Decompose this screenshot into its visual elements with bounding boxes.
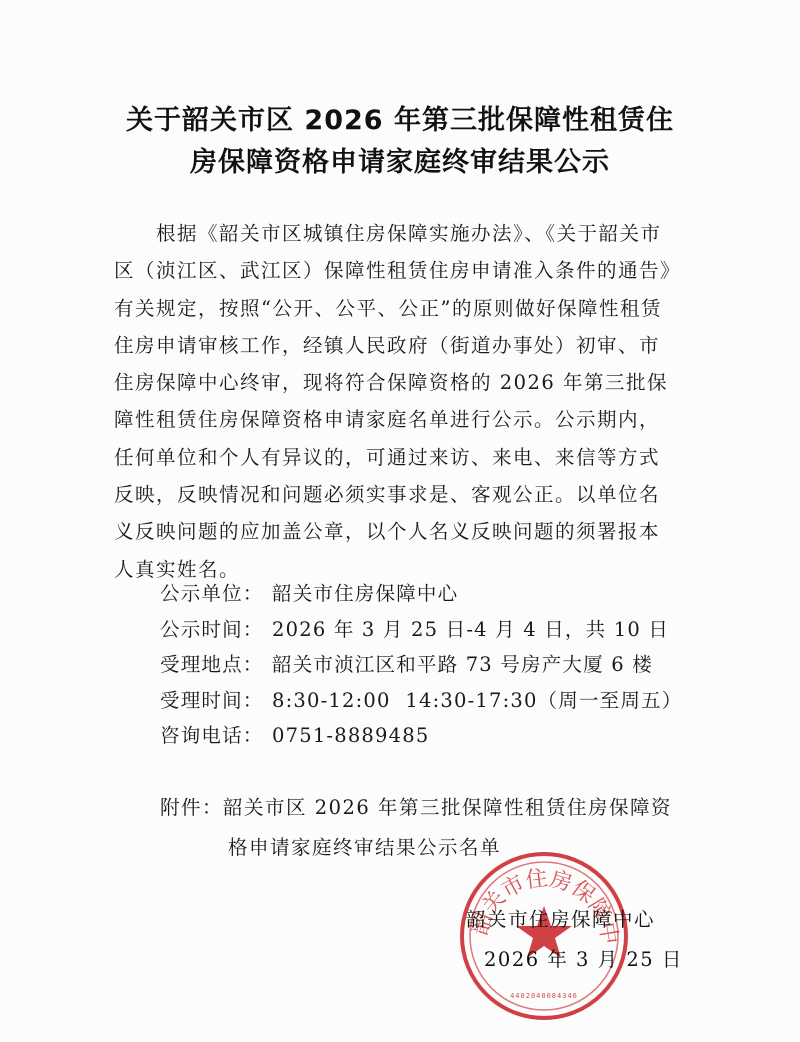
info-label: 公示单位：	[160, 576, 272, 612]
title-line-1: 关于韶关市区 2026 年第三批保障性租赁住	[100, 100, 700, 142]
notice-body: 根据《韶关市区城镇住房保障实施办法》、《关于韶关市 区（浈江区、武江区）保障性租…	[114, 215, 702, 588]
info-label: 受理地点：	[160, 647, 272, 683]
signature-block: 韶关市住房保障中心 2026 年 3 月 25 日	[466, 900, 683, 980]
info-label: 受理时间：	[160, 683, 272, 719]
info-row-publisher: 公示单位：韶关市住房保障中心	[160, 576, 682, 612]
info-value: 0751-8889485	[272, 724, 429, 747]
info-value: 韶关市浈江区和平路 73 号房产大厦 6 楼	[272, 653, 653, 676]
signature-organization: 韶关市住房保障中心	[466, 900, 683, 940]
notice-info-list: 公示单位：韶关市住房保障中心 公示时间：2026 年 3 月 25 日-4 月 …	[160, 576, 682, 754]
signature-date: 2026 年 3 月 25 日	[466, 940, 683, 980]
body-line: 住房申请审核工作，经镇人民政府（街道办事处）初审、市	[114, 327, 702, 364]
info-value: 韶关市住房保障中心	[272, 582, 458, 605]
info-row-hours: 受理时间：8:30-12:00 14:30-17:30（周一至周五）	[160, 683, 682, 719]
document-title: 关于韶关市区 2026 年第三批保障性租赁住 房保障资格申请家庭终审结果公示	[100, 100, 700, 184]
info-value: 2026 年 3 月 25 日-4 月 4 日，共 10 日	[272, 618, 669, 641]
info-row-period: 公示时间：2026 年 3 月 25 日-4 月 4 日，共 10 日	[160, 612, 682, 648]
info-row-location: 受理地点：韶关市浈江区和平路 73 号房产大厦 6 楼	[160, 647, 682, 683]
body-line: 根据《韶关市区城镇住房保障实施办法》、《关于韶关市	[114, 215, 702, 252]
attachment-label: 附件：	[160, 796, 223, 819]
svg-text:4402040084346: 4402040084346	[510, 992, 578, 1000]
info-label: 公示时间：	[160, 612, 272, 648]
body-line: 区（浈江区、武江区）保障性租赁住房申请准入条件的通告》	[114, 252, 702, 289]
body-line: 任何单位和个人有异议的，可通过来访、来电、来信等方式	[114, 439, 702, 476]
info-label: 咨询电话：	[160, 718, 272, 754]
info-value: 8:30-12:00 14:30-17:30（周一至周五）	[272, 689, 682, 712]
info-row-phone: 咨询电话：0751-8889485	[160, 718, 682, 754]
attachment-title-line-1: 韶关市区 2026 年第三批保障性租赁住房保障资	[223, 796, 672, 819]
body-line: 障性租赁住房保障资格申请家庭名单进行公示。公示期内，	[114, 401, 702, 438]
body-line: 有关规定，按照“公开、公平、公正”的原则做好保障性租赁	[114, 290, 702, 327]
title-line-2: 房保障资格申请家庭终审结果公示	[100, 142, 700, 184]
body-line: 义反映问题的应加盖公章，以个人名义反映问题的须署报本	[114, 513, 702, 550]
body-line: 反映，反映情况和问题必须实事求是、客观公正。以单位名	[114, 476, 702, 513]
body-line: 住房保障中心终审，现将符合保障资格的 2026 年第三批保	[114, 364, 702, 401]
document-page: 关于韶关市区 2026 年第三批保障性租赁住 房保障资格申请家庭终审结果公示 根…	[0, 0, 800, 1042]
